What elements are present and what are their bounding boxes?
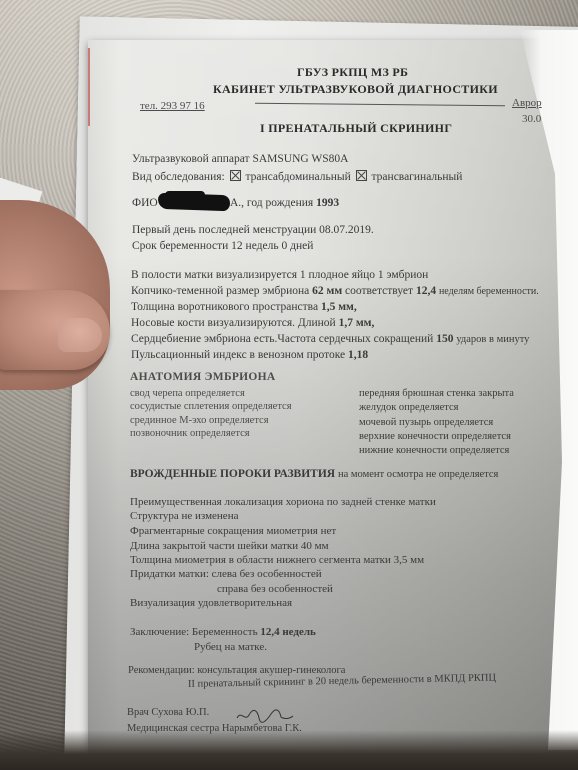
doctor-signature (235, 706, 295, 724)
anatomy-left-item: срединное М-эхо определяется (130, 416, 269, 427)
crl-label: Копчико-теменной размер эмбриона (131, 285, 309, 297)
heart-rate-line: Сердцебиение эмбриона есть.Частота серде… (131, 334, 529, 346)
nurse-name: Медицинская сестра Нарымбетова Г.К. (127, 724, 302, 735)
checkbox-transabdominal (230, 170, 241, 181)
header-rule (255, 103, 505, 107)
uterus-finding: справа без особенностей (217, 584, 333, 595)
conclusion-label: Заключение: (130, 626, 189, 638)
recommendations-line: Рекомендации: консультация акушер-гинеко… (128, 666, 345, 677)
uterus-finding: Придатки матки: слева без особенностей (130, 569, 322, 580)
institution-name: ГБУЗ РКПЦ МЗ РБ (297, 66, 408, 78)
anatomy-right-item: верхние конечности определяется (359, 432, 511, 443)
nasal-label: Носовые кости визуализируются. Длиной (131, 317, 336, 329)
nasal-bone-line: Носовые кости визуализируются. Длиной 1,… (131, 318, 374, 330)
exam-type-label: Вид обследования: (132, 171, 225, 183)
anatomy-right-item: желудок определяется (359, 403, 459, 414)
malformations-text: на момент осмотра не определяется (338, 469, 498, 480)
malformations-line: ВРОЖДЕННЫЕ ПОРОКИ РАЗВИТИЯ на момент осм… (130, 469, 498, 481)
pi-value: 1,18 (348, 349, 368, 361)
anatomy-right-item: нижние конечности определяется (359, 446, 509, 457)
report-title: I ПРЕНАТАЛЬНЫЙ СКРИНИНГ (260, 122, 452, 134)
nt-line: Толщина воротникового пространства 1,5 м… (131, 302, 357, 314)
phone-number: тел. 293 97 16 (140, 101, 205, 112)
patient-name-suffix: А., год рождения (230, 197, 313, 209)
crl-weeks: 12,4 (416, 285, 436, 297)
uterus-finding: Визуализация удовлетворительная (130, 598, 292, 609)
crl-value: 62 мм (312, 285, 342, 297)
anatomy-left-item: сосудистые сплетения определяется (130, 402, 292, 413)
recommendations-label: Рекомендации: (128, 665, 195, 676)
pi-label: Пульсационный индекс в венозном протоке (131, 349, 345, 361)
uterine-cavity-line: В полости матки визуализируется 1 плодно… (131, 270, 428, 282)
crl-suffix: неделям беременности. (439, 286, 539, 297)
anatomy-left-item: позвоночник определяется (130, 429, 250, 440)
nasal-value: 1,7 мм, (339, 317, 375, 329)
thumbnail (58, 318, 102, 352)
uterus-finding: Толщина миометрия в области нижнего сегм… (130, 555, 424, 566)
patient-birth-line: А., год рождения 1993 (230, 198, 339, 210)
uterus-finding: Фрагментарные сокращения миометрия нет (130, 526, 336, 537)
doctor-name: Врач Сухова Ю.П. (127, 708, 209, 719)
pulsatility-line: Пульсационный индекс в венозном протоке … (131, 350, 368, 362)
anatomy-right-item: передняя брюшная стенка закрыта (359, 389, 514, 400)
uterus-finding: Структура не изменена (130, 511, 238, 522)
nt-value: 1,5 мм, (321, 301, 357, 313)
anatomy-left-item: свод черепа определяется (130, 389, 245, 400)
patient-name-label: ФИО (132, 198, 158, 210)
device-line: Ультразвуковой аппарат SAMSUNG WS80A (132, 154, 348, 166)
gestation-line: Срок беременности 12 недель 0 дней (132, 241, 313, 253)
department-name: КАБИНЕТ УЛЬТРАЗВУКОВОЙ ДИАГНОСТИКИ (213, 83, 498, 95)
anatomy-right-item: мочевой пузырь определяется (359, 418, 493, 429)
nt-label: Толщина воротникового пространства (131, 301, 318, 313)
uterus-finding: Длина закрытой части шейки матки 40 мм (130, 541, 329, 552)
address-fragment: Авроp (512, 98, 542, 109)
hr-suffix: ударов в минуту (456, 334, 529, 345)
conclusion-weeks: 12,4 недель (260, 626, 316, 638)
date-fragment: 30.0 (522, 114, 541, 125)
hr-value: 150 (436, 333, 453, 345)
crl-line: Копчико-теменной размер эмбриона 62 мм с… (131, 286, 539, 298)
birth-year: 1993 (316, 197, 339, 209)
conclusion-scar: Рубец на матке. (194, 642, 267, 653)
malformations-title: ВРОЖДЕННЫЕ ПОРОКИ РАЗВИТИЯ (130, 468, 335, 480)
exam-type-transvaginal: трансвагинальный (372, 171, 463, 183)
report-document: ГБУЗ РКПЦ МЗ РБ КАБИНЕТ УЛЬТРАЗВУКОВОЙ Д… (0, 0, 578, 770)
conclusion-prefix: Беременность (192, 626, 258, 638)
exam-type-transabdominal: трансабдоминальный (245, 171, 350, 183)
lmp-line: Первый день последней менструации 08.07.… (132, 225, 374, 237)
conclusion-line: Заключение: Беременность 12,4 недель (130, 627, 316, 638)
hr-label: Сердцебиение эмбриона есть.Частота серде… (131, 333, 433, 345)
crl-mid: соответствует (345, 285, 413, 297)
redaction-mark (158, 193, 231, 212)
anatomy-title: АНАТОМИЯ ЭМБРИОНА (130, 372, 276, 384)
recommendation-consult: консультация акушер-гинеколога (197, 665, 345, 676)
uterus-finding: Преимущественная локализация хориона по … (130, 497, 436, 508)
exam-type-line: Вид обследования: трансабдоминальный тра… (132, 170, 462, 184)
checkbox-transvaginal (356, 170, 367, 181)
